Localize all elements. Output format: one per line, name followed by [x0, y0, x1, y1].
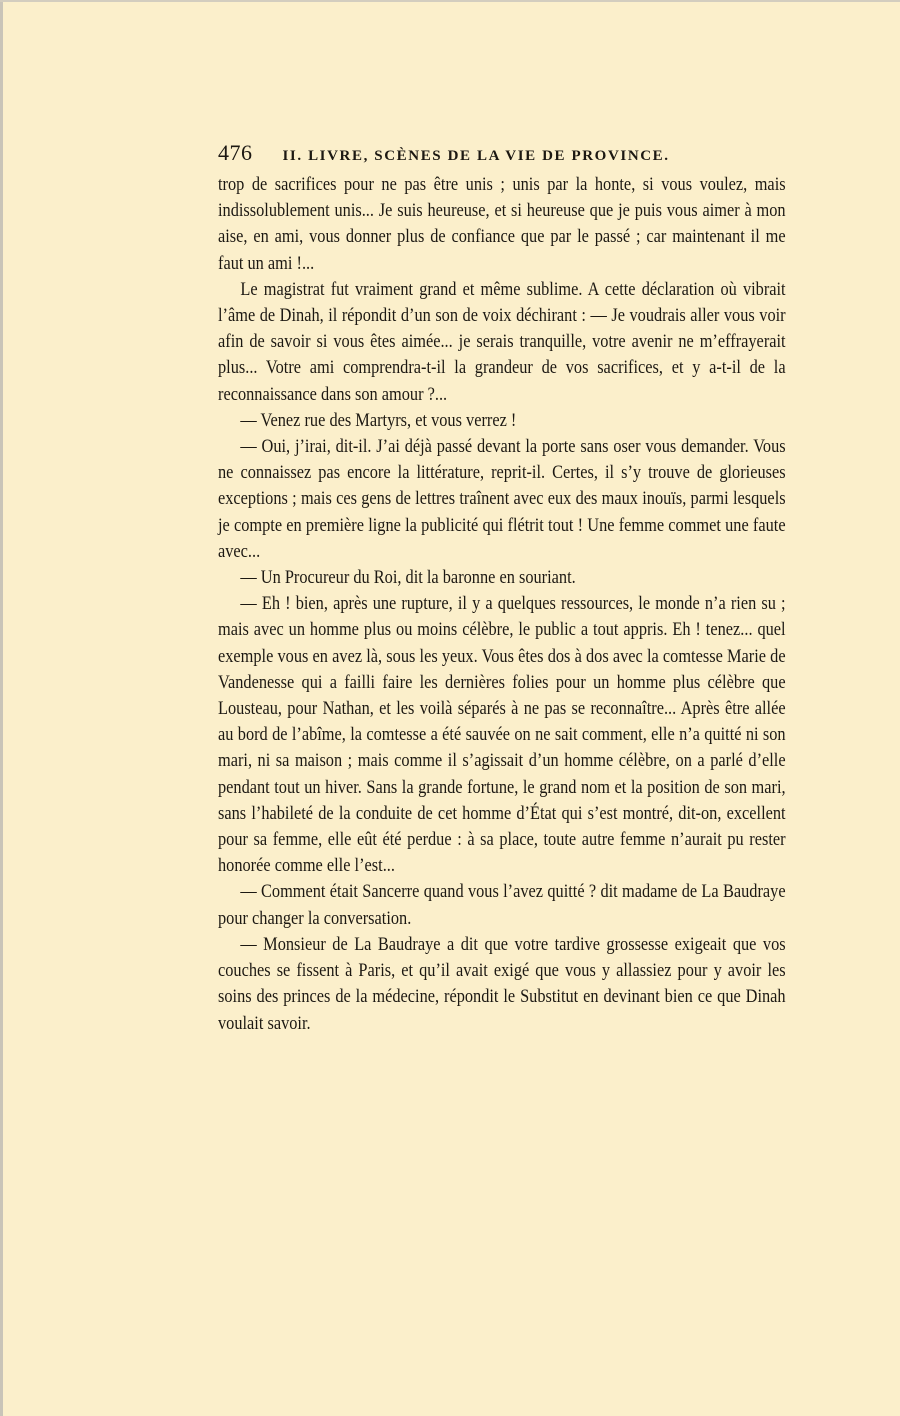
- paragraph: — Venez rue des Martyrs, et vous verrez …: [218, 408, 786, 434]
- book-page: 476 II. LIVRE, SCÈNES DE LA VIE DE PROVI…: [218, 140, 786, 1037]
- paragraph: — Comment était Sancerre quand vous l’av…: [218, 879, 786, 931]
- paragraph: trop de sacrifices pour ne pas être unis…: [218, 172, 786, 277]
- scan-edge-left: [0, 0, 3, 1416]
- page-number: 476: [218, 140, 253, 166]
- paragraph: — Oui, j’irai, dit-il. J’ai déjà passé d…: [218, 434, 786, 565]
- paragraph: — Eh ! bien, après une rupture, il y a q…: [218, 591, 786, 879]
- body-text: trop de sacrifices pour ne pas être unis…: [218, 172, 786, 1037]
- running-head: 476 II. LIVRE, SCÈNES DE LA VIE DE PROVI…: [218, 140, 786, 168]
- running-head-title: II. LIVRE, SCÈNES DE LA VIE DE PROVINCE.: [283, 148, 670, 165]
- paragraph: — Un Procureur du Roi, dit la baronne en…: [218, 565, 786, 591]
- scan-edge-top: [0, 0, 900, 2]
- paragraph: — Monsieur de La Baudraye a dit que votr…: [218, 932, 786, 1037]
- paragraph: Le magistrat fut vraiment grand et même …: [218, 277, 786, 408]
